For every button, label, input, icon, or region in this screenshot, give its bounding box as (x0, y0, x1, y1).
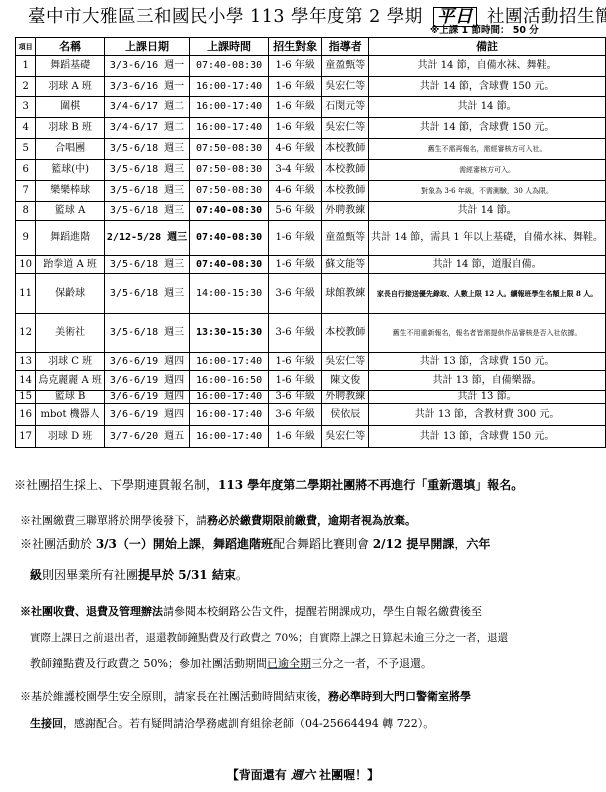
club-notes: 對象為 3-6 年級，不需測驗，30 人為限。 (369, 181, 606, 202)
header-date: 上課日期 (104, 38, 189, 56)
lesson-duration-note: ※上課 1 節時間： 50 分 (430, 22, 539, 36)
note-refund-line2: 實際上課日之前退出者，退還教師鐘點費及行政費之 70%；自實際上課之日算起未逾三… (30, 627, 508, 649)
club-instructor: 本校教師 (322, 160, 369, 181)
title-prefix: 臺中市大雅區三和國民小學 113 學年度第 2 學期 (28, 7, 423, 27)
club-time: 07:40-08:30 (190, 221, 269, 256)
note-3-g: ， (454, 537, 466, 551)
note-3-l2-b: 則因畢業所有社團 (42, 568, 138, 582)
club-time: 16:00-17:40 (190, 404, 269, 426)
row-number: 16 (16, 404, 36, 426)
club-notes: 共計 13 節，自備樂器。 (369, 371, 606, 391)
club-name: 羽球 D 班 (36, 426, 105, 448)
note-3-c: ， (201, 537, 213, 551)
club-target-grades: 4-6 年級 (269, 181, 322, 202)
club-dates: 3/5-6/18 週三 (104, 181, 189, 202)
table-row: 12美術社3/5-6/18 週三13:30-15:303-6 年級本校教師舊生不… (16, 314, 606, 353)
row-number: 13 (16, 353, 36, 371)
club-target-grades: 1-6 年級 (269, 353, 322, 371)
row-number: 3 (16, 97, 36, 118)
club-instructor: 吳宏仁等 (322, 426, 369, 448)
clubs-table: 項目 名稱 上課日期 上課時間 招生對象 指導者 備註 1舞蹈基礎3/3-6/1… (15, 37, 606, 448)
club-dates: 3/3-6/16 週一 (104, 77, 189, 97)
club-notes: 舊生不需再報名，需經審核方可入社。 (369, 139, 606, 160)
row-number: 5 (16, 139, 36, 160)
club-name: 烏克麗麗 A 班 (36, 371, 105, 391)
note-3-l2-c: 提早於 5/31 結束 (138, 568, 236, 582)
club-instructor: 侯依辰 (322, 404, 369, 426)
club-notes: 共計 14 節。 (369, 97, 606, 118)
footer-open: 【背面還有 (227, 768, 291, 782)
club-dates: 3/5-6/18 週三 (104, 274, 189, 314)
note-safety: ※基於維護校園學生安全原則，請家長在社團活動時間結束後，務必準時到大門口警衛室將… (20, 686, 471, 708)
club-target-grades: 1-6 年級 (269, 426, 322, 448)
club-dates: 3/4-6/17 週二 (104, 118, 189, 139)
club-notes: 舊生不用重新報名，報名者皆需提供作品審核是否入社依據。 (369, 314, 606, 353)
club-instructor: 吳宏仁等 (322, 77, 369, 97)
club-target-grades: 1-6 年級 (269, 221, 322, 256)
note-5-a: ※基於維護校園學生安全原則，請家長在社團活動時間結束後， (20, 690, 328, 703)
note-5-l2-a: 生接回 (30, 717, 63, 730)
club-name: mbot 機器人 (36, 404, 105, 426)
header-time: 上課時間 (190, 38, 269, 56)
note-safety-line2: 生接回，感謝配合。若有疑問請洽學務處訓育組徐老師（04-25664494 轉 7… (30, 713, 434, 735)
club-time: 07:50-08:30 (190, 181, 269, 202)
row-number: 15 (16, 391, 36, 404)
header-notes: 備註 (369, 38, 606, 56)
club-time: 16:00-17:40 (190, 97, 269, 118)
club-dates: 3/4-6/17 週二 (104, 97, 189, 118)
club-notes: 家長自行接送優先錄取、人數上限 12 人。續報班學生名額上限 8 人。 (369, 274, 606, 314)
club-name: 美術社 (36, 314, 105, 353)
club-instructor: 吳宏仁等 (322, 353, 369, 371)
table-row: 7樂樂棒球3/5-6/18 週三07:50-08:304-6 年級本校教師對象為… (16, 181, 606, 202)
club-dates: 3/5-6/18 週三 (104, 314, 189, 353)
club-time: 16:00-17:40 (190, 391, 269, 404)
table-row: 5合唱團3/5-6/18 週三07:50-08:304-6 年級本校教師舊生不需… (16, 139, 606, 160)
note-3-a: ※社團活動於 (20, 537, 96, 551)
club-notes: 共計 14 節。 (369, 202, 606, 221)
club-notes: 共計 14 節，自備水袜、舞鞋。 (369, 56, 606, 77)
club-name: 羽球 C 班 (36, 353, 105, 371)
table-row: 1舞蹈基礎3/3-6/16 週一07:40-08:301-6 年級童盈甄等共計 … (16, 56, 606, 77)
club-target-grades: 3-6 年級 (269, 391, 322, 404)
table-row: 14烏克麗麗 A 班3/6-6/19 週四16:00-16:501-6 年級陳文… (16, 371, 606, 391)
table-row: 13羽球 C 班3/6-6/19 週四16:00-17:401-6 年級吳宏仁等… (16, 353, 606, 371)
club-time: 16:00-17:40 (190, 77, 269, 97)
club-target-grades: 4-6 年級 (269, 139, 322, 160)
club-name: 羽球 B 班 (36, 118, 105, 139)
row-number: 14 (16, 371, 36, 391)
club-notes: 共計 13 節，含教材費 300 元。 (369, 404, 606, 426)
club-time: 07:50-08:30 (190, 160, 269, 181)
row-number: 7 (16, 181, 36, 202)
club-dates: 3/5-6/18 週三 (104, 256, 189, 274)
club-name: 保齡球 (36, 274, 105, 314)
club-target-grades: 3-4 年級 (269, 160, 322, 181)
club-instructor: 球館教練 (322, 274, 369, 314)
footer-saturday-notice: 【背面還有 週六 社團喔！】 (0, 766, 606, 783)
club-time: 07:50-08:30 (190, 139, 269, 160)
club-time: 07:40-08:30 (190, 256, 269, 274)
note-5-b: 務必準時到大門口警衛室將學 (328, 690, 471, 703)
club-dates: 3/6-6/19 週四 (104, 391, 189, 404)
club-time: 16:00-17:40 (190, 118, 269, 139)
note-4-bold: ※社團收費、退費及管理辦法 (20, 605, 163, 618)
club-time: 07:40-08:30 (190, 56, 269, 77)
table-row: 16mbot 機器人3/6-6/19 週四16:00-17:403-6 年級侯依… (16, 404, 606, 426)
note-2-bold: 務必於繳費期限前繳費，逾期者視為放棄。 (207, 514, 416, 527)
club-notes: 共計 13 節。 (369, 391, 606, 404)
club-dates: 3/6-6/19 週四 (104, 404, 189, 426)
club-instructor: 蘇文能等 (322, 256, 369, 274)
note-refund-line3: 教師鐘點費及行政費之 50%；參加社團活動期間已逾全期三分之一者，不予退還。 (30, 653, 432, 675)
header-index: 項目 (16, 38, 36, 56)
row-number: 6 (16, 160, 36, 181)
club-dates: 3/5-6/18 週三 (104, 202, 189, 221)
club-dates: 3/6-6/19 週四 (104, 353, 189, 371)
note-4-l3-b: 已逾全期 (267, 657, 311, 670)
header-target: 招生對象 (269, 38, 322, 56)
club-target-grades: 5-6 年級 (269, 202, 322, 221)
table-row: 2羽球 A 班3/3-6/16 週一16:00-17:401-6 年級吳宏仁等共… (16, 77, 606, 97)
table-row: 4羽球 B 班3/4-6/17 週二16:00-17:401-6 年級吳宏仁等共… (16, 118, 606, 139)
table-row: 11保齡球3/5-6/18 週三14:00-15:303-6 年級球館教練家長自… (16, 274, 606, 314)
club-name: 籃球(中) (36, 160, 105, 181)
club-target-grades: 1-6 年級 (269, 371, 322, 391)
club-time: 14:00-15:30 (190, 274, 269, 314)
club-dates: 3/5-6/18 週三 (104, 160, 189, 181)
note-4-l3-c: 三分之一者，不予退還。 (311, 657, 432, 670)
club-dates: 3/6-6/19 週四 (104, 371, 189, 391)
table-row: 3圍棋3/4-6/17 週二16:00-17:401-6 年級石閔元等共計 14… (16, 97, 606, 118)
club-name: 跆拳道 A 班 (36, 256, 105, 274)
note-3-d: 舞蹈進階班 (213, 537, 273, 551)
row-number: 4 (16, 118, 36, 139)
club-name: 圍棋 (36, 97, 105, 118)
club-name: 樂樂棒球 (36, 181, 105, 202)
table-row: 6籃球(中)3/5-6/18 週三07:50-08:303-4 年級本校教師需經… (16, 160, 606, 181)
club-target-grades: 1-6 年級 (269, 77, 322, 97)
header-name: 名稱 (36, 38, 105, 56)
note-2-text: ※社團繳費三聯單將於開學後發下，請 (20, 514, 207, 527)
row-number: 10 (16, 256, 36, 274)
table-header-row: 項目 名稱 上課日期 上課時間 招生對象 指導者 備註 (16, 38, 606, 56)
header-teacher: 指導者 (322, 38, 369, 56)
club-dates: 3/5-6/18 週三 (104, 139, 189, 160)
club-dates: 2/12-5/28 週三 (104, 221, 189, 256)
club-target-grades: 1-6 年級 (269, 118, 322, 139)
club-target-grades: 1-6 年級 (269, 256, 322, 274)
note-3-e: 配合舞蹈比賽則會 (273, 537, 373, 551)
row-number: 9 (16, 221, 36, 256)
club-time: 16:00-17:40 (190, 353, 269, 371)
club-instructor: 本校教師 (322, 139, 369, 160)
footer-italic: 週六 (291, 768, 315, 782)
club-instructor: 吳宏仁等 (322, 118, 369, 139)
note-payment: ※社團繳費三聯單將於開學後發下，請務必於繳費期限前繳費，逾期者視為放棄。 (20, 510, 416, 532)
note-3-l2-a: 級 (30, 568, 42, 582)
club-time: 13:30-15:30 (190, 314, 269, 353)
row-number: 12 (16, 314, 36, 353)
club-instructor: 陳文俊 (322, 371, 369, 391)
club-target-grades: 3-6 年級 (269, 404, 322, 426)
club-instructor: 本校教師 (322, 314, 369, 353)
table-row: 15籃球 B3/6-6/19 週四16:00-17:403-6 年級外聘教練共計… (16, 391, 606, 404)
club-instructor: 童盈甄等 (322, 56, 369, 77)
club-notes: 共計 13 節，含球費 150 元。 (369, 353, 606, 371)
club-target-grades: 3-6 年級 (269, 314, 322, 353)
club-dates: 3/7-6/20 週五 (104, 426, 189, 448)
club-instructor: 外聘教練 (322, 202, 369, 221)
club-instructor: 本校教師 (322, 181, 369, 202)
note-1-text: ※社團招生採上、下學期連貫報名制， (14, 478, 218, 492)
club-target-grades: 3-6 年級 (269, 274, 322, 314)
club-instructor: 石閔元等 (322, 97, 369, 118)
table-row: 9舞蹈進階2/12-5/28 週三07:40-08:301-6 年級童盈甄等共計… (16, 221, 606, 256)
row-number: 11 (16, 274, 36, 314)
club-notes: 共計 14 節，道服自備。 (369, 256, 606, 274)
table-row: 17羽球 D 班3/7-6/20 週五16:00-17:401-6 年級吳宏仁等… (16, 426, 606, 448)
club-notes: 共計 14 節，含球費 150 元。 (369, 118, 606, 139)
club-name: 舞蹈基礎 (36, 56, 105, 77)
table-row: 8籃球 A3/5-6/18 週三07:40-08:305-6 年級外聘教練共計 … (16, 202, 606, 221)
club-time: 16:00-16:50 (190, 371, 269, 391)
row-number: 8 (16, 202, 36, 221)
club-target-grades: 1-6 年級 (269, 56, 322, 77)
club-target-grades: 1-6 年級 (269, 97, 322, 118)
note-refund-policy: ※社團收費、退費及管理辦法請參閱本校網路公告文件，提醒若開課成功，學生自報名繳費… (20, 601, 482, 623)
row-number: 1 (16, 56, 36, 77)
note-3-h: 六年 (466, 537, 490, 551)
note-5-l2-b: ，感謝配合。若有疑問請洽學務處訓育組徐老師（04-25664494 轉 722）… (63, 717, 434, 730)
club-notes: 共計 14 節，需具 1 年以上基礎，自備水袜、舞鞋。 (369, 221, 606, 256)
note-3-f: 2/12 提早開課 (373, 537, 455, 551)
club-name: 舞蹈進階 (36, 221, 105, 256)
table-row: 10跆拳道 A 班3/5-6/18 週三07:40-08:301-6 年級蘇文能… (16, 256, 606, 274)
note-3-l2-d: 。 (236, 568, 248, 582)
club-instructor: 童盈甄等 (322, 221, 369, 256)
club-name: 籃球 B (36, 391, 105, 404)
club-name: 籃球 A (36, 202, 105, 221)
club-instructor: 外聘教練 (322, 391, 369, 404)
footer-close: 社團喔！】 (315, 768, 379, 782)
club-dates: 3/3-6/16 週一 (104, 56, 189, 77)
row-number: 2 (16, 77, 36, 97)
club-name: 羽球 A 班 (36, 77, 105, 97)
note-4-l3-a: 教師鐘點費及行政費之 50%；參加社團活動期間 (30, 657, 267, 670)
note-4-text: 請參閱本校網路公告文件，提醒若開課成功，學生自報名繳費後至 (163, 605, 482, 618)
club-name: 合唱團 (36, 139, 105, 160)
note-continuous-registration: ※社團招生採上、下學期連貫報名制，113 學年度第二學期社團將不再進行「重新選填… (14, 474, 523, 496)
note-3-b: 3/3（一）開始上課 (96, 537, 201, 551)
note-start-date-line2: 級則因畢業所有社團提早於 5/31 結束。 (30, 564, 248, 586)
club-notes: 共計 13 節，含球費 150 元。 (369, 426, 606, 448)
note-start-date: ※社團活動於 3/3（一）開始上課，舞蹈進階班配合舞蹈比賽則會 2/12 提早開… (20, 533, 490, 555)
row-number: 17 (16, 426, 36, 448)
club-notes: 共計 14 節，含球費 150 元。 (369, 77, 606, 97)
club-time: 07:40-08:30 (190, 202, 269, 221)
club-notes: 需經審核方可入。 (369, 160, 606, 181)
note-1-bold: 113 學年度第二學期社團將不再進行「重新選填」報名。 (218, 478, 523, 492)
club-time: 16:00-17:40 (190, 426, 269, 448)
